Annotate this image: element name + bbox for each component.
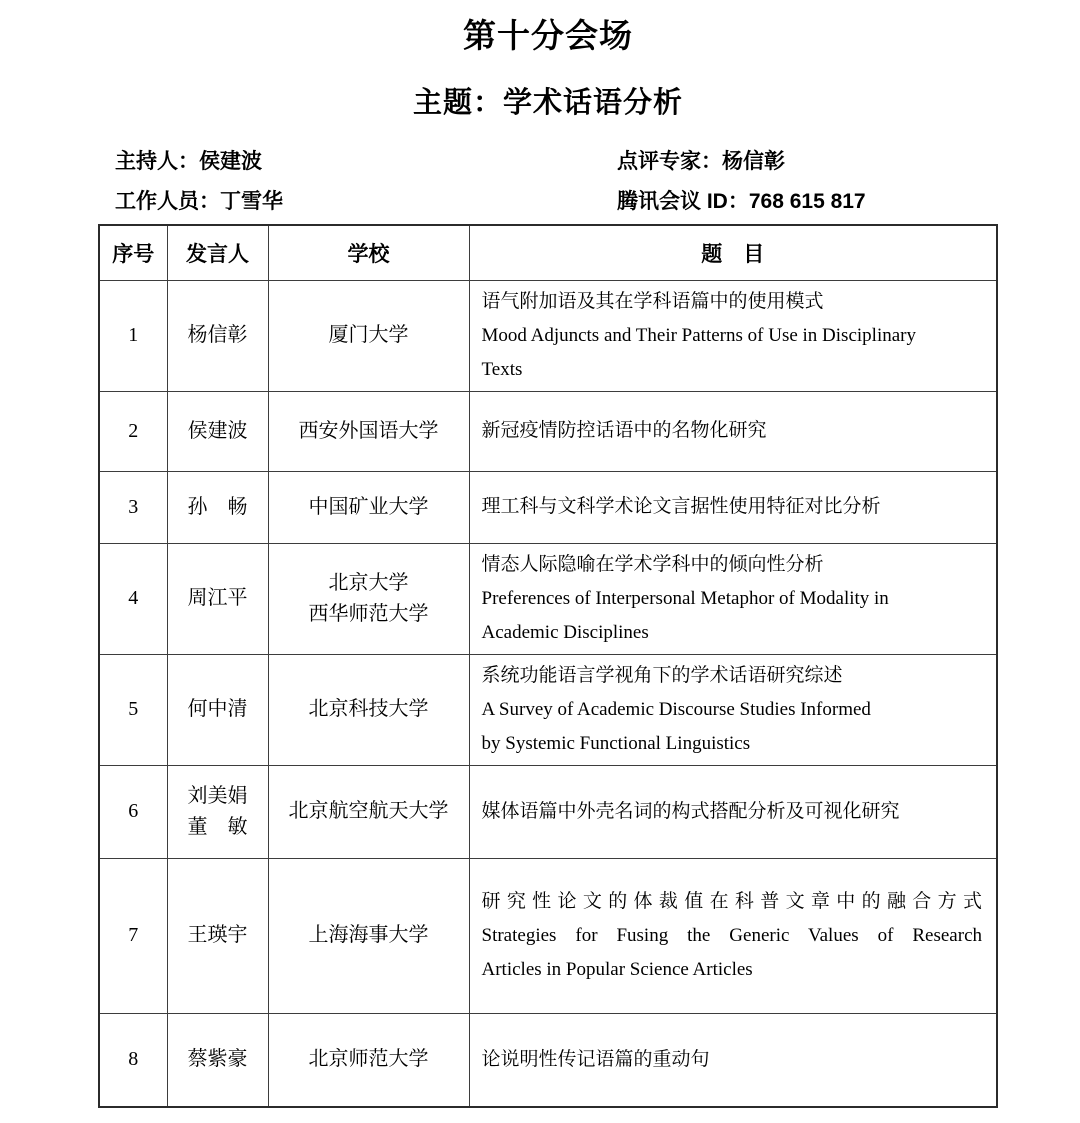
text-line: 北京大学 (271, 568, 467, 599)
table-row: 2侯建波西安外国语大学新冠疫情防控话语中的名物化研究 (99, 391, 997, 471)
text-line: 3 (102, 492, 165, 523)
text-line: Preferences of Interpersonal Metaphor of… (482, 582, 983, 616)
text-line: 4 (102, 583, 165, 614)
seq-cell: 7 (99, 858, 167, 1013)
school-cell: 北京科技大学 (268, 654, 469, 765)
title-cell: 论说明性传记语篇的重动句 (469, 1013, 997, 1107)
page-title: 第十分会场 (98, 14, 998, 58)
session-table-body: 1杨信彰厦门大学语气附加语及其在学科语篇中的使用模式Mood Adjuncts … (99, 280, 997, 1107)
text-line: 媒体语篇中外壳名词的构式搭配分析及可视化研究 (482, 795, 983, 829)
speaker-cell: 杨信彰 (167, 280, 268, 391)
school-cell: 北京航空航天大学 (268, 765, 469, 858)
seq-cell: 8 (99, 1013, 167, 1107)
school-cell: 北京大学西华师范大学 (268, 543, 469, 654)
text-line: by Systemic Functional Linguistics (482, 727, 983, 761)
text-line: 北京科技大学 (271, 694, 467, 725)
seq-cell: 3 (99, 471, 167, 543)
col-header-no: 序号 (99, 225, 167, 280)
text-line: Mood Adjuncts and Their Patterns of Use … (482, 319, 983, 353)
table-row: 3孙 畅中国矿业大学理工科与文科学术论文言据性使用特征对比分析 (99, 471, 997, 543)
commentator-info: 点评专家：杨信彰 (617, 148, 998, 176)
text-line: Articles in Popular Science Articles (482, 953, 983, 987)
speaker-cell: 蔡紫豪 (167, 1013, 268, 1107)
seq-cell: 5 (99, 654, 167, 765)
speaker-cell: 王瑛宇 (167, 858, 268, 1013)
text-line: 王瑛宇 (170, 920, 266, 951)
text-line: 刘美娟 (170, 781, 266, 812)
table-row: 4周江平北京大学西华师范大学情态人际隐喻在学术学科中的倾向性分析Preferen… (99, 543, 997, 654)
text-line: 中国矿业大学 (271, 492, 467, 523)
text-line: 理工科与文科学术论文言据性使用特征对比分析 (482, 490, 983, 524)
title-cell: 新冠疫情防控话语中的名物化研究 (469, 391, 997, 471)
text-line: 情态人际隐喻在学术学科中的倾向性分析 (482, 548, 983, 582)
table-row: 7王瑛宇上海海事大学研究性论文的体裁值在科普文章中的融合方式Strategies… (99, 858, 997, 1013)
text-line: 8 (102, 1044, 165, 1075)
table-row: 6刘美娟董 敏北京航空航天大学媒体语篇中外壳名词的构式搭配分析及可视化研究 (99, 765, 997, 858)
table-row: 1杨信彰厦门大学语气附加语及其在学科语篇中的使用模式Mood Adjuncts … (99, 280, 997, 391)
text-line: 新冠疫情防控话语中的名物化研究 (482, 414, 983, 448)
title-cell: 语气附加语及其在学科语篇中的使用模式Mood Adjuncts and Thei… (469, 280, 997, 391)
text-line: 杨信彰 (170, 320, 266, 351)
text-line: 研究性论文的体裁值在科普文章中的融合方式 (482, 885, 983, 919)
host-info: 主持人：侯建波 (115, 148, 617, 176)
text-line: 何中清 (170, 694, 266, 725)
text-line: 董 敏 (170, 812, 266, 843)
title-cell: 媒体语篇中外壳名词的构式搭配分析及可视化研究 (469, 765, 997, 858)
school-cell: 西安外国语大学 (268, 391, 469, 471)
text-line: Texts (482, 353, 983, 387)
speaker-cell: 刘美娟董 敏 (167, 765, 268, 858)
text-line: 系统功能语言学视角下的学术话语研究综述 (482, 659, 983, 693)
school-cell: 中国矿业大学 (268, 471, 469, 543)
seq-cell: 4 (99, 543, 167, 654)
speaker-cell: 周江平 (167, 543, 268, 654)
text-line: 北京师范大学 (271, 1044, 467, 1075)
text-line: Academic Disciplines (482, 616, 983, 650)
school-cell: 北京师范大学 (268, 1013, 469, 1107)
text-line: 北京航空航天大学 (271, 796, 467, 827)
text-line: 6 (102, 796, 165, 827)
page-subtitle: 主题：学术话语分析 (98, 84, 998, 122)
speaker-cell: 孙 畅 (167, 471, 268, 543)
seq-cell: 2 (99, 391, 167, 471)
title-cell: 研究性论文的体裁值在科普文章中的融合方式Strategies for Fusin… (469, 858, 997, 1013)
title-cell: 理工科与文科学术论文言据性使用特征对比分析 (469, 471, 997, 543)
text-line: 周江平 (170, 583, 266, 614)
conference-session-page: 第十分会场 主题：学术话语分析 主持人：侯建波 点评专家：杨信彰 工作人员：丁雪… (0, 0, 1080, 1123)
text-line: 孙 畅 (170, 492, 266, 523)
staff-info: 工作人员：丁雪华 (115, 188, 617, 216)
text-line: 7 (102, 920, 165, 951)
text-line: 侯建波 (170, 416, 266, 447)
seq-cell: 1 (99, 280, 167, 391)
text-line: 蔡紫豪 (170, 1044, 266, 1075)
meeting-id-info: 腾讯会议 ID：768 615 817 (617, 188, 998, 216)
text-line: 5 (102, 694, 165, 725)
school-cell: 上海海事大学 (268, 858, 469, 1013)
title-cell: 情态人际隐喻在学术学科中的倾向性分析Preferences of Interpe… (469, 543, 997, 654)
col-header-speaker: 发言人 (167, 225, 268, 280)
school-cell: 厦门大学 (268, 280, 469, 391)
text-line: 论说明性传记语篇的重动句 (482, 1043, 983, 1077)
seq-cell: 6 (99, 765, 167, 858)
speaker-cell: 何中清 (167, 654, 268, 765)
speaker-cell: 侯建波 (167, 391, 268, 471)
text-line: 上海海事大学 (271, 920, 467, 951)
text-line: A Survey of Academic Discourse Studies I… (482, 693, 983, 727)
text-line: 厦门大学 (271, 320, 467, 351)
text-line: 语气附加语及其在学科语篇中的使用模式 (482, 285, 983, 319)
text-line: Strategies for Fusing the Generic Values… (482, 919, 983, 953)
session-info: 主持人：侯建波 点评专家：杨信彰 工作人员：丁雪华 腾讯会议 ID：768 61… (98, 148, 998, 216)
text-line: 西安外国语大学 (271, 416, 467, 447)
text-line: 1 (102, 320, 165, 351)
text-line: 西华师范大学 (271, 599, 467, 630)
table-header-row: 序号 发言人 学校 题 目 (99, 225, 997, 280)
table-row: 5何中清北京科技大学系统功能语言学视角下的学术话语研究综述A Survey of… (99, 654, 997, 765)
col-header-school: 学校 (268, 225, 469, 280)
table-row: 8蔡紫豪北京师范大学论说明性传记语篇的重动句 (99, 1013, 997, 1107)
session-table: 序号 发言人 学校 题 目 1杨信彰厦门大学语气附加语及其在学科语篇中的使用模式… (98, 224, 998, 1108)
title-cell: 系统功能语言学视角下的学术话语研究综述A Survey of Academic … (469, 654, 997, 765)
text-line: 2 (102, 416, 165, 447)
col-header-title: 题 目 (469, 225, 997, 280)
